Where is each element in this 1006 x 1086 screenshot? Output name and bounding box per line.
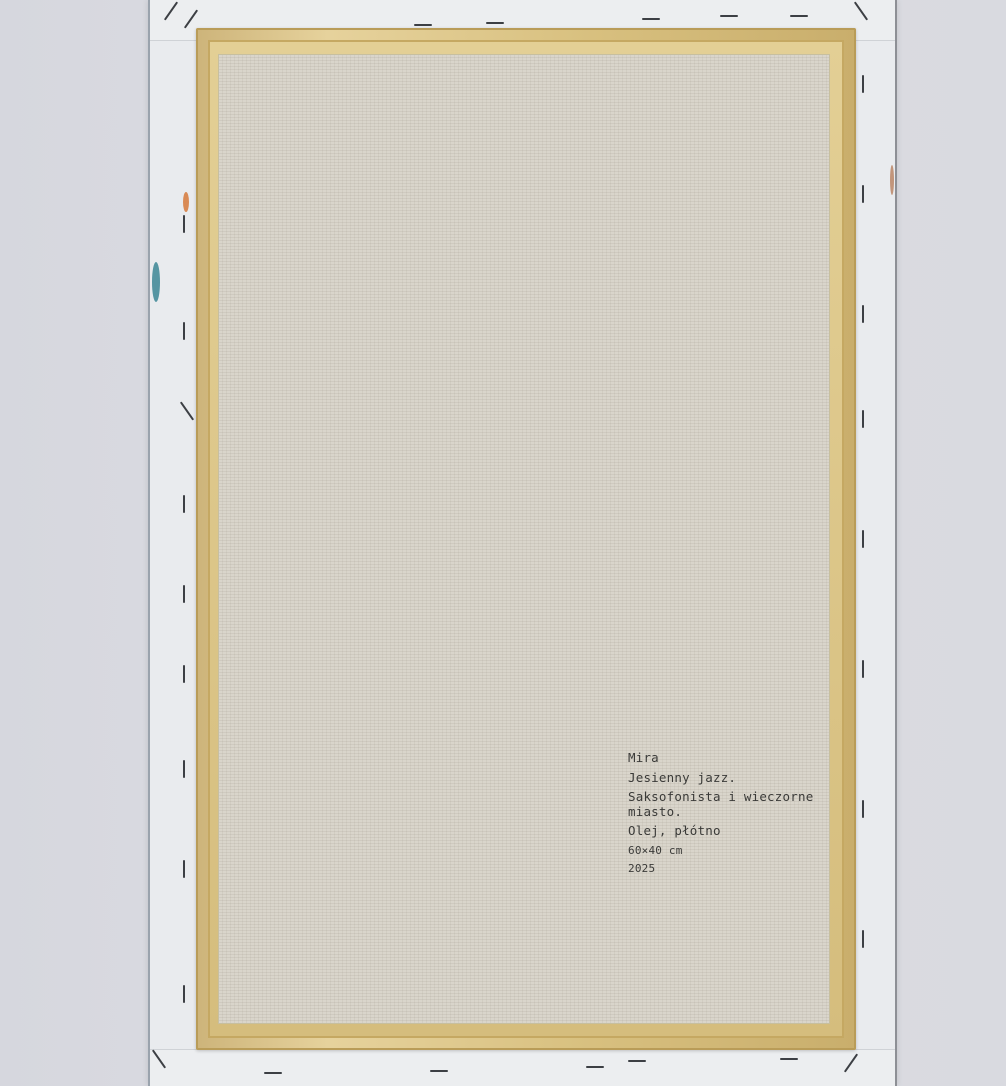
staple [183,215,185,233]
staple [862,930,864,948]
staple [780,1058,798,1060]
staple [414,24,432,26]
staple [862,75,864,93]
canvas-fold-bottom [150,1049,895,1086]
staple [183,860,185,878]
painting-subtitle-line2: miasto. [628,806,813,819]
staple [790,15,808,17]
paint-mark-orange [183,192,189,212]
staple [183,985,185,1003]
staple [180,401,194,420]
medium: Olej, płótno [628,825,813,838]
staple [642,18,660,20]
staple [862,305,864,323]
staple [183,322,185,340]
year: 2025 [628,863,813,874]
staple [183,585,185,603]
staple [862,530,864,548]
canvas-back [148,0,897,1086]
painting-subtitle-line1: Saksofonista i wieczorne [628,791,813,804]
painting-title: Jesienny jazz. [628,772,813,785]
staple [628,1060,646,1062]
dimensions: 60×40 cm [628,845,813,856]
staple [264,1072,282,1074]
artist-name: Mira [628,752,813,765]
staple [862,800,864,818]
staple [586,1066,604,1068]
staple [430,1070,448,1072]
staple [486,22,504,24]
staple [862,185,864,203]
wooden-stretcher-frame [196,28,856,1050]
staple [862,660,864,678]
staple [183,495,185,513]
staple [862,410,864,428]
staple [183,665,185,683]
handwritten-inscription: Mira Jesienny jazz. Saksofonista i wiecz… [628,752,813,881]
paint-mark-teal [152,262,160,302]
staple [183,760,185,778]
paint-mark-brown [890,165,894,195]
staple [720,15,738,17]
